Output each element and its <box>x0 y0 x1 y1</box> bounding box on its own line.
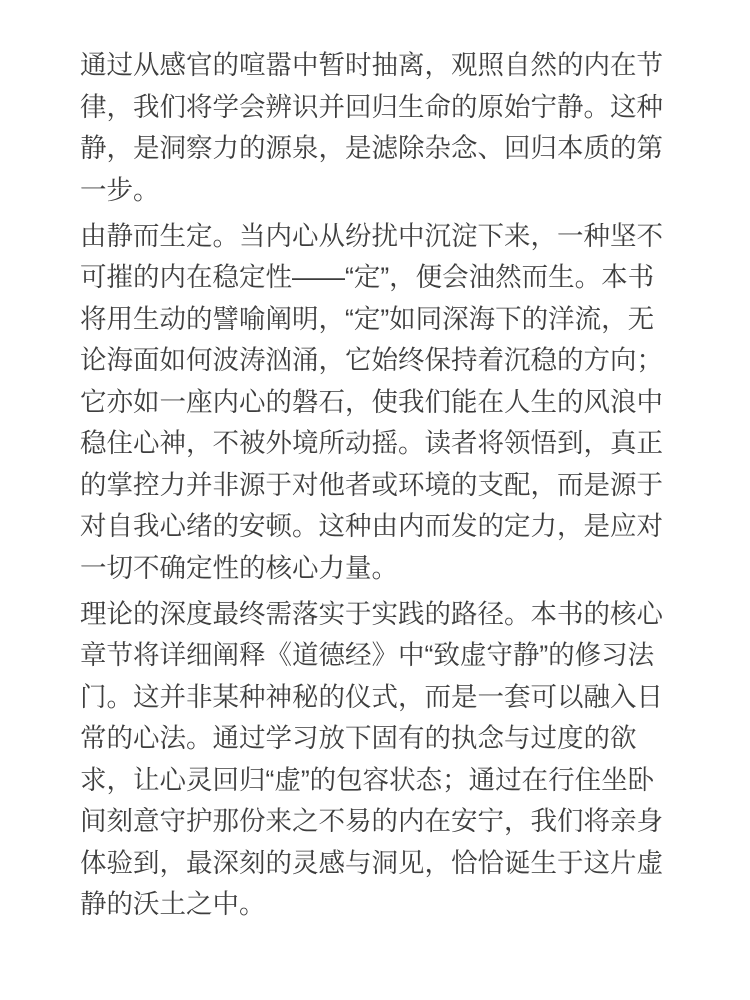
paragraph-ding: 由静而生定。当内心从纷扰中沉淀下来，一种坚不可摧的内在稳定性——“定”，便会油然… <box>80 216 666 590</box>
paragraph-jing: 通过从感官的喧嚣中暂时抽离，观照自然的内在节律，我们将学会辨识并回归生命的原始宁… <box>80 45 666 211</box>
paragraph-practice: 理论的深度最终需落实于实践的路径。本书的核心章节将详细阐释《道德经》中“致虚守静… <box>80 594 666 926</box>
document-page: 通过从感官的喧嚣中暂时抽离，观照自然的内在节律，我们将学会辨识并回归生命的原始宁… <box>0 0 750 1000</box>
